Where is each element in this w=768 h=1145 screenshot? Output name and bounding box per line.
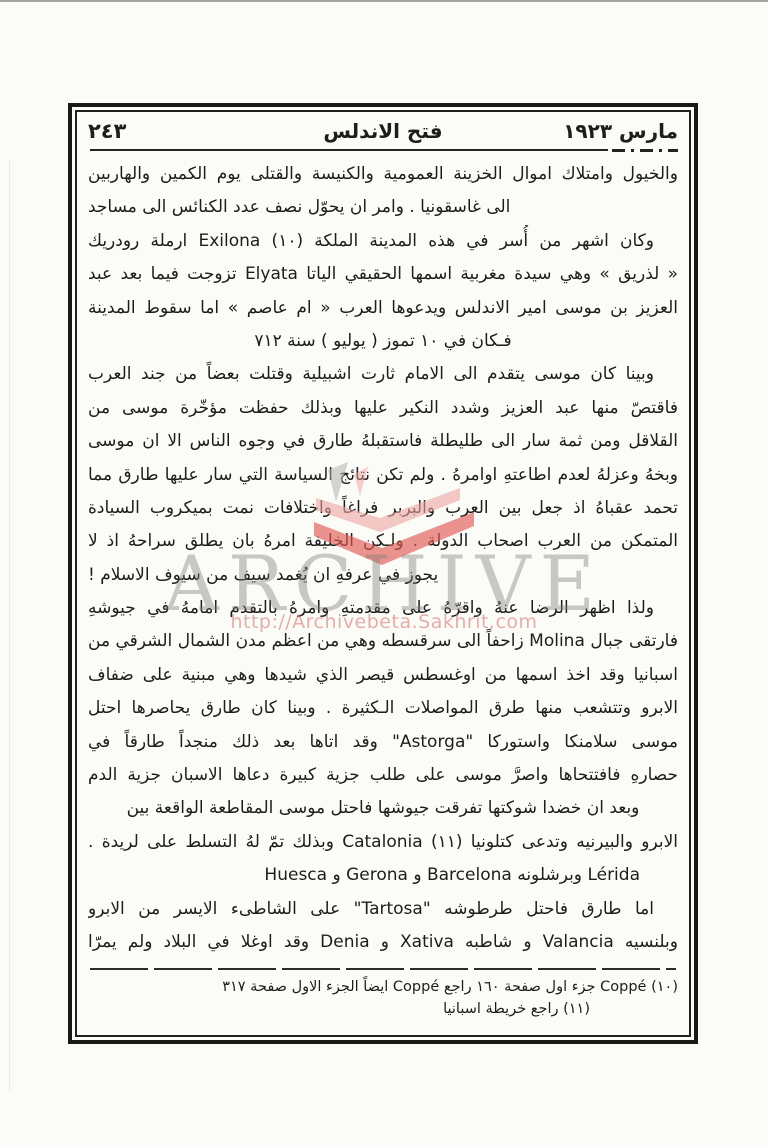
body-line: حصارهِ فافتتحاها واصرَّ موسى على طلب جزي… <box>88 759 678 792</box>
page-content: مارس ١٩٢٣ فتح الاندلس ٢٤٣ والخيول وامتلا… <box>72 107 694 1040</box>
body-line: والخيول وامتلاك اموال الخزينة العمومية و… <box>88 158 678 191</box>
body-line: فارتقى جبال Molina زاحفاً الى سرقسطه وهي… <box>88 625 678 658</box>
body-line: يجوز في عرفهِ ان يُغمد سيف من سيوف الاسل… <box>88 559 678 592</box>
body-line: المتمكن من العرب اصحاب الدولة . ولـكن ال… <box>88 525 678 558</box>
footnotes: (١٠) Coppé جزء اول صفحة ١٦٠ راجع Coppé ا… <box>88 976 678 1020</box>
header-page-number: ٢٤٣ <box>88 119 285 143</box>
body-line: فاقتصّ منها عبد العزيز وشدد النكير عليها… <box>88 392 678 425</box>
header-rule-solid-segment <box>90 149 608 151</box>
header-issue-date: مارس ١٩٢٣ <box>481 119 678 143</box>
header-rule <box>88 149 678 153</box>
body-line: « لذريق » وهي سيدة مغربية اسمها الحقيقي … <box>88 258 678 291</box>
body-line: ولذا اظهر الرضا عنهُ واقرّهُ على مقدمتهِ… <box>88 592 678 625</box>
body-line: اما طارق فاحتل طرطوشه "Tartosa" على الشا… <box>88 893 678 926</box>
body-line: وكان اشهر من أُسر في هذه المدينة الملكة … <box>88 225 678 258</box>
scan-top-edge <box>0 0 768 2</box>
scanned-book-page: مارس ١٩٢٣ فتح الاندلس ٢٤٣ والخيول وامتلا… <box>0 0 768 1145</box>
footnote-line: (١٠) Coppé جزء اول صفحة ١٦٠ راجع Coppé ا… <box>88 976 678 998</box>
body-line: الابرو وتتشعب منها طرق المواصلات الـكثير… <box>88 692 678 725</box>
body-line: وبخهُ وعزلهُ لعدم اطاعتهِ اوامرهُ . ولم … <box>88 459 678 492</box>
scan-left-edge-artifact <box>9 160 10 1090</box>
body-line: موسى سلامنكا واستوركا "Astorga" وقد اتاه… <box>88 726 678 759</box>
body-line: القلاقل ومن ثمة سار الى طليطلة فاستقبلهُ… <box>88 425 678 458</box>
body-line: الابرو والبيرنيه وتدعى كتلونيا (١١) Cata… <box>88 826 678 859</box>
body-line: فـكان في ١٠ تموز ( يوليو ) سنة ٧١٢ <box>88 325 678 358</box>
header-rule-dashdot-segment <box>612 149 678 152</box>
body-text: والخيول وامتلاك اموال الخزينة العمومية و… <box>88 158 678 959</box>
body-line: اسبانيا وقد اخذ اسمها من اوغسطس قيصر الذ… <box>88 659 678 692</box>
body-line: العزيز بن موسى امير الاندلس ويدعوها العر… <box>88 292 678 325</box>
body-line: Lérida وبرشلونه Barcelona و Gerona و Hue… <box>88 859 678 892</box>
body-line: وبينا كان موسى يتقدم الى الامام ثارت اشب… <box>88 358 678 391</box>
body-line: وبعد ان خضدا شوكتها تفرقت جيوشها فاحتل م… <box>88 792 678 825</box>
header-chapter-title: فتح الاندلس <box>285 119 482 143</box>
page-header: مارس ١٩٢٣ فتح الاندلس ٢٤٣ <box>88 115 678 147</box>
page-frame: مارس ١٩٢٣ فتح الاندلس ٢٤٣ والخيول وامتلا… <box>68 103 698 1044</box>
body-line: وبلنسيه Valancia و شاطبه Xativa و Denia … <box>88 926 678 959</box>
body-line: تحمد عقباهُ اذ جعل بين العرب والبربر فرا… <box>88 492 678 525</box>
footnote-separator <box>90 968 676 970</box>
footnote-line: (١١) راجع خريطة اسبانيا <box>88 998 678 1020</box>
body-line: الى غاسقونيا . وامر ان يحوّل نصف عدد الك… <box>88 191 678 224</box>
